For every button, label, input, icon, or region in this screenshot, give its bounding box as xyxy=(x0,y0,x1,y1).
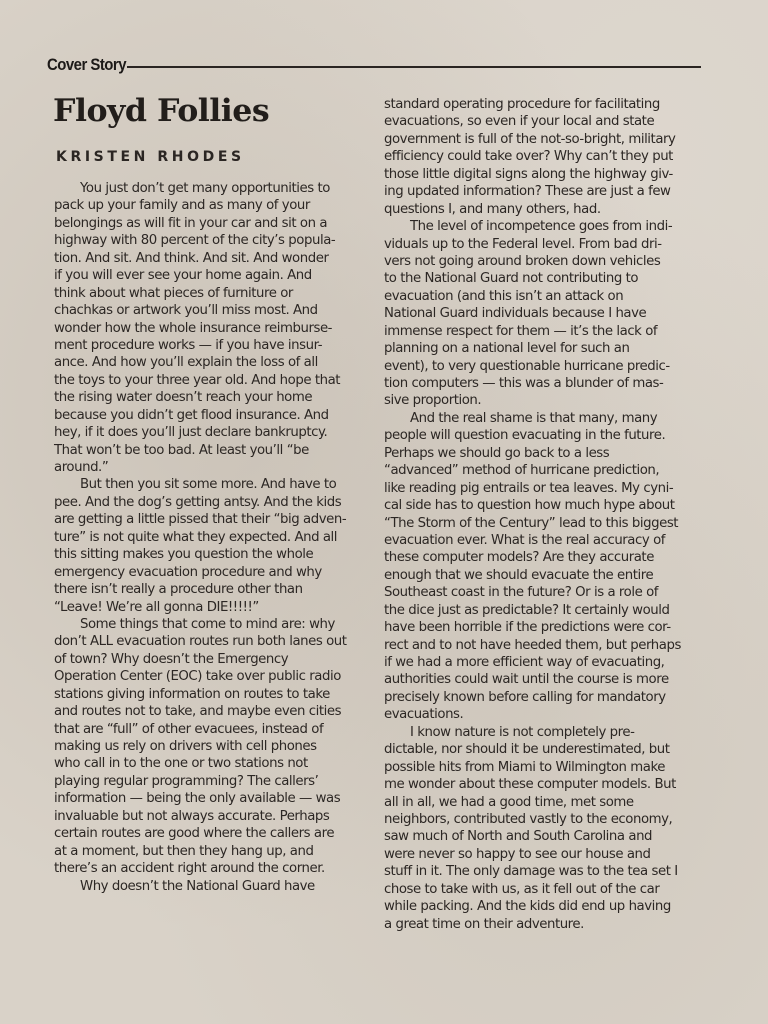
article-text-line: around.” xyxy=(54,459,354,476)
article-text-line: government is full of the not-so-bright,… xyxy=(384,131,694,148)
article-text-line: invaluable but not always accurate. Perh… xyxy=(54,808,354,825)
article-text-line: event), to very questionable hurricane p… xyxy=(384,358,694,375)
article-text-line: And the real shame is that many, many xyxy=(384,410,694,427)
article-text-line: “The Storm of the Century” lead to this … xyxy=(384,515,694,532)
article-text-line: if you will ever see your home again. An… xyxy=(54,267,354,284)
article-text-line: That won’t be too bad. At least you’ll “… xyxy=(54,442,354,459)
article-text-line: stations giving information on routes to… xyxy=(54,686,354,703)
article-text-line: belongings as will fit in your car and s… xyxy=(54,215,354,232)
article-text-line: hey, if it does you’ll just declare bank… xyxy=(54,424,354,441)
article-text-line: the rising water doesn’t reach your home xyxy=(54,389,354,406)
article-text-line: National Guard individuals because I hav… xyxy=(384,305,694,322)
article-text-line: You just don’t get many opportunities to xyxy=(54,180,354,197)
section-label: Cover Story xyxy=(47,55,126,75)
article-text-line: But then you sit some more. And have to xyxy=(54,476,354,493)
article-text-line: are getting a little pissed that their “… xyxy=(54,511,354,528)
article-text-line: information — being the only available —… xyxy=(54,790,354,807)
article-text-line: ture” is not quite what they expected. A… xyxy=(54,529,354,546)
article-text-line: The level of incompetence goes from indi… xyxy=(384,218,694,235)
article-text-line: there isn’t really a procedure other tha… xyxy=(54,581,354,598)
article-text-line: Southeast coast in the future? Or is a r… xyxy=(384,584,694,601)
article-text-line: dictable, nor should it be underestimate… xyxy=(384,741,694,758)
article-text-line: don’t ALL evacuation routes run both lan… xyxy=(54,633,354,650)
section-header: Cover Story xyxy=(47,54,701,76)
article-text-line: “advanced” method of hurricane predictio… xyxy=(384,462,694,479)
article-text-line: and routes not to take, and maybe even c… xyxy=(54,703,354,720)
article-text-line: because you didn’t get flood insurance. … xyxy=(54,407,354,424)
article-text-line: the dice just as predictable? It certain… xyxy=(384,602,694,619)
article-text-line: pack up your family and as many of your xyxy=(54,197,354,214)
article-text-line: those little digital signs along the hig… xyxy=(384,166,694,183)
article-text-line: precisely known before calling for manda… xyxy=(384,689,694,706)
article-text-line: a great time on their adventure. xyxy=(384,916,694,933)
article-text-line: evacuation ever. What is the real accura… xyxy=(384,532,694,549)
article-text-line: ing updated information? These are just … xyxy=(384,183,694,200)
article-text-line: making us rely on drivers with cell phon… xyxy=(54,738,354,755)
article-text-line: these computer models? Are they accurate xyxy=(384,549,694,566)
article-text-line: tion. And sit. And think. And sit. And w… xyxy=(54,250,354,267)
article-text-line: cal side has to question how much hype a… xyxy=(384,497,694,514)
article-text-line: at a moment, but then they hang up, and xyxy=(54,843,354,860)
article-text-line: evacuations. xyxy=(384,706,694,723)
article-text-line: “Leave! We’re all gonna DIE!!!!!” xyxy=(54,599,354,616)
section-rule-divider xyxy=(127,66,701,68)
article-text-line: authorities could wait until the course … xyxy=(384,671,694,688)
article-text-line: ment procedure works — if you have insur… xyxy=(54,337,354,354)
article-text-line: wonder how the whole insurance reimburse… xyxy=(54,320,354,337)
article-text-line: me wonder about these computer models. B… xyxy=(384,776,694,793)
article-text-line: chachkas or artwork you’ll miss most. An… xyxy=(54,302,354,319)
article-text-line: playing regular programming? The callers… xyxy=(54,773,354,790)
article-text-line: immense respect for them — it’s the lack… xyxy=(384,323,694,340)
article-text-line: rect and to not have heeded them, but pe… xyxy=(384,637,694,654)
article-text-line: I know nature is not completely pre- xyxy=(384,724,694,741)
article-text-line: efficiency could take over? Why can’t th… xyxy=(384,148,694,165)
article-text-line: tion computers — this was a blunder of m… xyxy=(384,375,694,392)
article-byline: KRISTEN RHODES xyxy=(56,149,245,165)
article-text-line: this sitting makes you question the whol… xyxy=(54,546,354,563)
article-text-line: planning on a national level for such an xyxy=(384,340,694,357)
article-text-line: evacuations, so even if your local and s… xyxy=(384,113,694,130)
article-text-line: evacuation (and this isn’t an attack on xyxy=(384,288,694,305)
article-text-line: neighbors, contributed vastly to the eco… xyxy=(384,811,694,828)
article-text-line: possible hits from Miami to Wilmington m… xyxy=(384,759,694,776)
article-text-line: Some things that come to mind are: why xyxy=(54,616,354,633)
article-text-line: Operation Center (EOC) take over public … xyxy=(54,668,354,685)
article-text-line: saw much of North and South Carolina and xyxy=(384,828,694,845)
article-text-line: who call in to the one or two stations n… xyxy=(54,755,354,772)
article-text-line: people will question evacuating in the f… xyxy=(384,427,694,444)
article-text-line: highway with 80 percent of the city’s po… xyxy=(54,232,354,249)
article-text-line: all in all, we had a good time, met some xyxy=(384,794,694,811)
article-text-line: Perhaps we should go back to a less xyxy=(384,445,694,462)
article-text-line: there’s an accident right around the cor… xyxy=(54,860,354,877)
article-text-line: standard operating procedure for facilit… xyxy=(384,96,694,113)
article-text-line: enough that we should evacuate the entir… xyxy=(384,567,694,584)
article-column-left: You just don’t get many opportunities to… xyxy=(54,180,354,895)
article-text-line: ance. And how you’ll explain the loss of… xyxy=(54,354,354,371)
article-text-line: of town? Why doesn’t the Emergency xyxy=(54,651,354,668)
article-text-line: have been horrible if the predictions we… xyxy=(384,619,694,636)
article-text-line: vers not going around broken down vehicl… xyxy=(384,253,694,270)
article-text-line: Why doesn’t the National Guard have xyxy=(54,878,354,895)
article-text-line: viduals up to the Federal level. From ba… xyxy=(384,236,694,253)
article-text-line: certain routes are good where the caller… xyxy=(54,825,354,842)
article-text-line: emergency evacuation procedure and why xyxy=(54,564,354,581)
article-text-line: were never so happy to see our house and xyxy=(384,846,694,863)
article-text-line: stuff in it. The only damage was to the … xyxy=(384,863,694,880)
article-text-line: like reading pig entrails or tea leaves.… xyxy=(384,480,694,497)
article-headline: Floyd Follies xyxy=(53,93,269,129)
article-column-right: standard operating procedure for facilit… xyxy=(384,96,694,933)
article-text-line: think about what pieces of furniture or xyxy=(54,285,354,302)
article-text-line: while packing. And the kids did end up h… xyxy=(384,898,694,915)
article-text-line: pee. And the dog’s getting antsy. And th… xyxy=(54,494,354,511)
article-text-line: questions I, and many others, had. xyxy=(384,201,694,218)
article-text-line: chose to take with us, as it fell out of… xyxy=(384,881,694,898)
article-text-line: that are “full” of other evacuees, inste… xyxy=(54,721,354,738)
magazine-page: Cover Story Floyd Follies KRISTEN RHODES… xyxy=(0,0,768,1024)
article-text-line: to the National Guard not contributing t… xyxy=(384,270,694,287)
article-text-line: sive proportion. xyxy=(384,392,694,409)
article-text-line: if we had a more efficient way of evacua… xyxy=(384,654,694,671)
article-text-line: the toys to your three year old. And hop… xyxy=(54,372,354,389)
